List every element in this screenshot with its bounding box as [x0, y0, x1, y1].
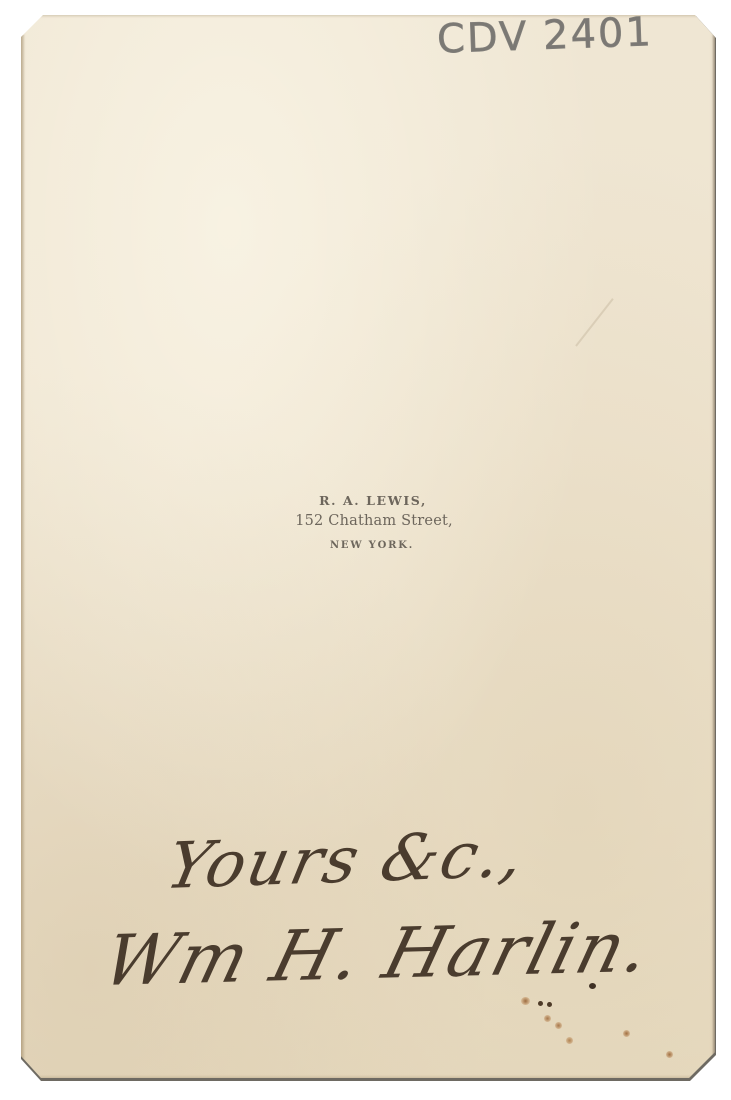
handwritten-signature: Wm H. Harlin. — [95, 906, 661, 1002]
foxing-stain — [555, 1022, 562, 1029]
ink-period-dot — [589, 983, 596, 989]
foxing-stain — [623, 1030, 630, 1037]
foxing-stain — [521, 997, 530, 1005]
pencil-catalog-number: CDV 2401 — [436, 9, 653, 63]
photographer-name: R. A. LEWIS, — [26, 493, 720, 508]
handwritten-closing: Yours &c., — [160, 818, 532, 904]
scan-stage: R. A. LEWIS, 152 Chatham Street, NEW YOR… — [0, 0, 731, 1100]
photographer-city: NEW YORK. — [25, 540, 719, 551]
card-crease-mark — [575, 298, 614, 347]
photographer-address: 152 Chatham Street, — [27, 513, 721, 529]
ink-spot — [547, 1002, 552, 1007]
ink-spot — [538, 1001, 543, 1006]
foxing-stain — [666, 1051, 673, 1058]
foxing-stain — [544, 1015, 551, 1022]
foxing-stain — [566, 1037, 573, 1044]
